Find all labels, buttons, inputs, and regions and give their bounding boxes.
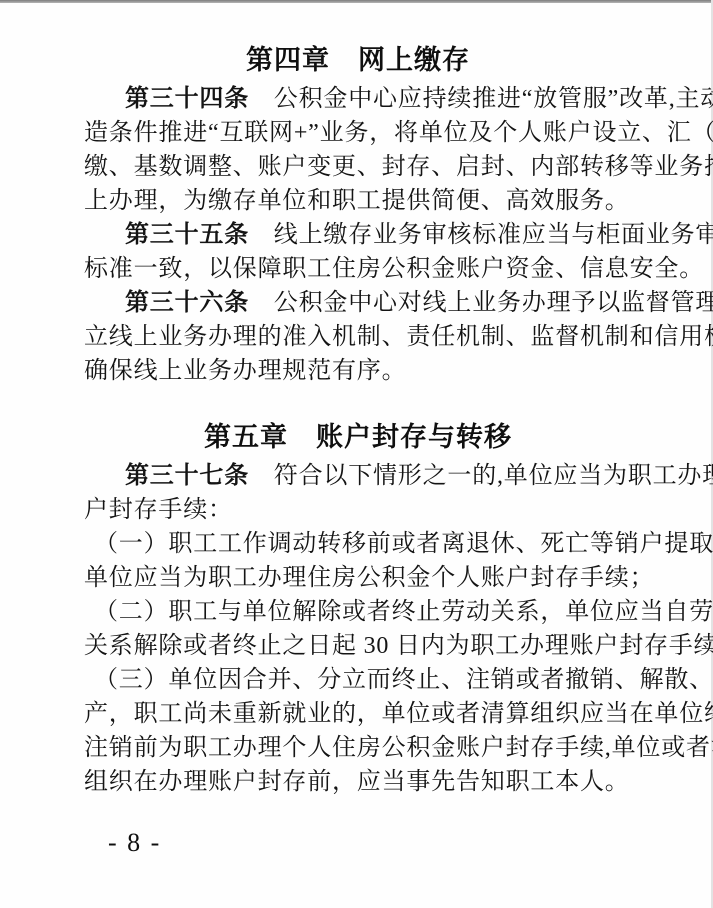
line-text: 缴、基数调整、账户变更、封存、启封、内部转移等业务推行线: [84, 154, 713, 180]
text-line: 第三十七条 符合以下情形之一的,单位应当为职工办理账: [84, 459, 632, 493]
line-text: 立线上业务办理的准入机制、责任机制、监督机制和信用机制，: [84, 324, 713, 350]
text-line: 注销前为职工办理个人住房公积金账户封存手续,单位或者清算: [84, 731, 632, 765]
chapter-heading: 第五章 账户封存与转移: [84, 421, 632, 453]
article-number: 第三十五条: [125, 221, 249, 248]
line-text: 公积金中心应持续推进“放管服”改革,主动创: [249, 86, 713, 112]
article-number: 第三十七条: [125, 462, 249, 489]
line-text: 公积金中心对线上业务办理予以监督管理,建: [249, 290, 713, 316]
line-text: （一）职工工作调动转移前或者离退休、死亡等销户提取前,: [94, 531, 713, 557]
line-text: （三）单位因合并、分立而终止、注销或者撤销、解散、破: [94, 667, 713, 693]
text-line: 确保线上业务办理规范有序。: [84, 354, 632, 388]
line-text: 关系解除或者终止之日起 30 日内为职工办理账户封存手续；: [84, 633, 713, 659]
text-line: 组织在办理账户封存前，应当事先告知职工本人。: [84, 765, 632, 799]
text-line: 第三十五条 线上缴存业务审核标准应当与柜面业务审核: [84, 218, 632, 252]
text-line: 标准一致，以保障职工住房公积金账户资金、信息安全。: [84, 252, 632, 286]
article-number: 第三十六条: [125, 289, 249, 316]
line-text: 上办理，为缴存单位和职工提供简便、高效服务。: [84, 188, 630, 214]
text-line: （一）职工工作调动转移前或者离退休、死亡等销户提取前,: [84, 527, 632, 561]
text-line: 第三十四条 公积金中心应持续推进“放管服”改革,主动创: [84, 82, 632, 116]
page-number: - 8 -: [108, 828, 161, 858]
article-number: 第三十四条: [125, 85, 249, 112]
document-page: 第四章 网上缴存第三十四条 公积金中心应持续推进“放管服”改革,主动创造条件推进…: [0, 0, 713, 908]
text-line: （三）单位因合并、分立而终止、注销或者撤销、解散、破: [84, 663, 632, 697]
text-line: 上办理，为缴存单位和职工提供简便、高效服务。: [84, 184, 632, 218]
line-text: 户封存手续：: [84, 497, 233, 523]
text-line: 立线上业务办理的准入机制、责任机制、监督机制和信用机制，: [84, 320, 632, 354]
line-text: 注销前为职工办理个人住房公积金账户封存手续,单位或者清算: [84, 735, 713, 761]
text-line: 关系解除或者终止之日起 30 日内为职工办理账户封存手续；: [84, 629, 632, 663]
line-text: 组织在办理账户封存前，应当事先告知职工本人。: [84, 769, 630, 795]
line-text: 确保线上业务办理规范有序。: [84, 358, 406, 384]
line-text: 单位应当为职工办理住房公积金个人账户封存手续；: [84, 565, 654, 591]
line-text: （二）职工与单位解除或者终止劳动关系，单位应当自劳动: [94, 599, 713, 625]
line-text: 产，职工尚未重新就业的，单位或者清算组织应当在单位终止或: [84, 701, 713, 727]
line-text: 符合以下情形之一的,单位应当为职工办理账: [249, 463, 713, 489]
text-line: 单位应当为职工办理住房公积金个人账户封存手续；: [84, 561, 632, 595]
text-line: 缴、基数调整、账户变更、封存、启封、内部转移等业务推行线: [84, 150, 632, 184]
chapter-heading: 第四章 网上缴存: [84, 44, 632, 76]
line-text: 线上缴存业务审核标准应当与柜面业务审核: [249, 222, 713, 248]
text-line: （二）职工与单位解除或者终止劳动关系，单位应当自劳动: [84, 595, 632, 629]
text-line: 户封存手续：: [84, 493, 632, 527]
text-line: 造条件推进“互联网+”业务，将单位及个人账户设立、汇（补）: [84, 116, 632, 150]
text-line: 第三十六条 公积金中心对线上业务办理予以监督管理,建: [84, 286, 632, 320]
line-text: 标准一致，以保障职工住房公积金账户资金、信息安全。: [84, 256, 704, 282]
text-line: 产，职工尚未重新就业的，单位或者清算组织应当在单位终止或: [84, 697, 632, 731]
line-text: 造条件推进“互联网+”业务，将单位及个人账户设立、汇（补）: [84, 120, 713, 146]
document-content: 第四章 网上缴存第三十四条 公积金中心应持续推进“放管服”改革,主动创造条件推进…: [84, 0, 632, 799]
